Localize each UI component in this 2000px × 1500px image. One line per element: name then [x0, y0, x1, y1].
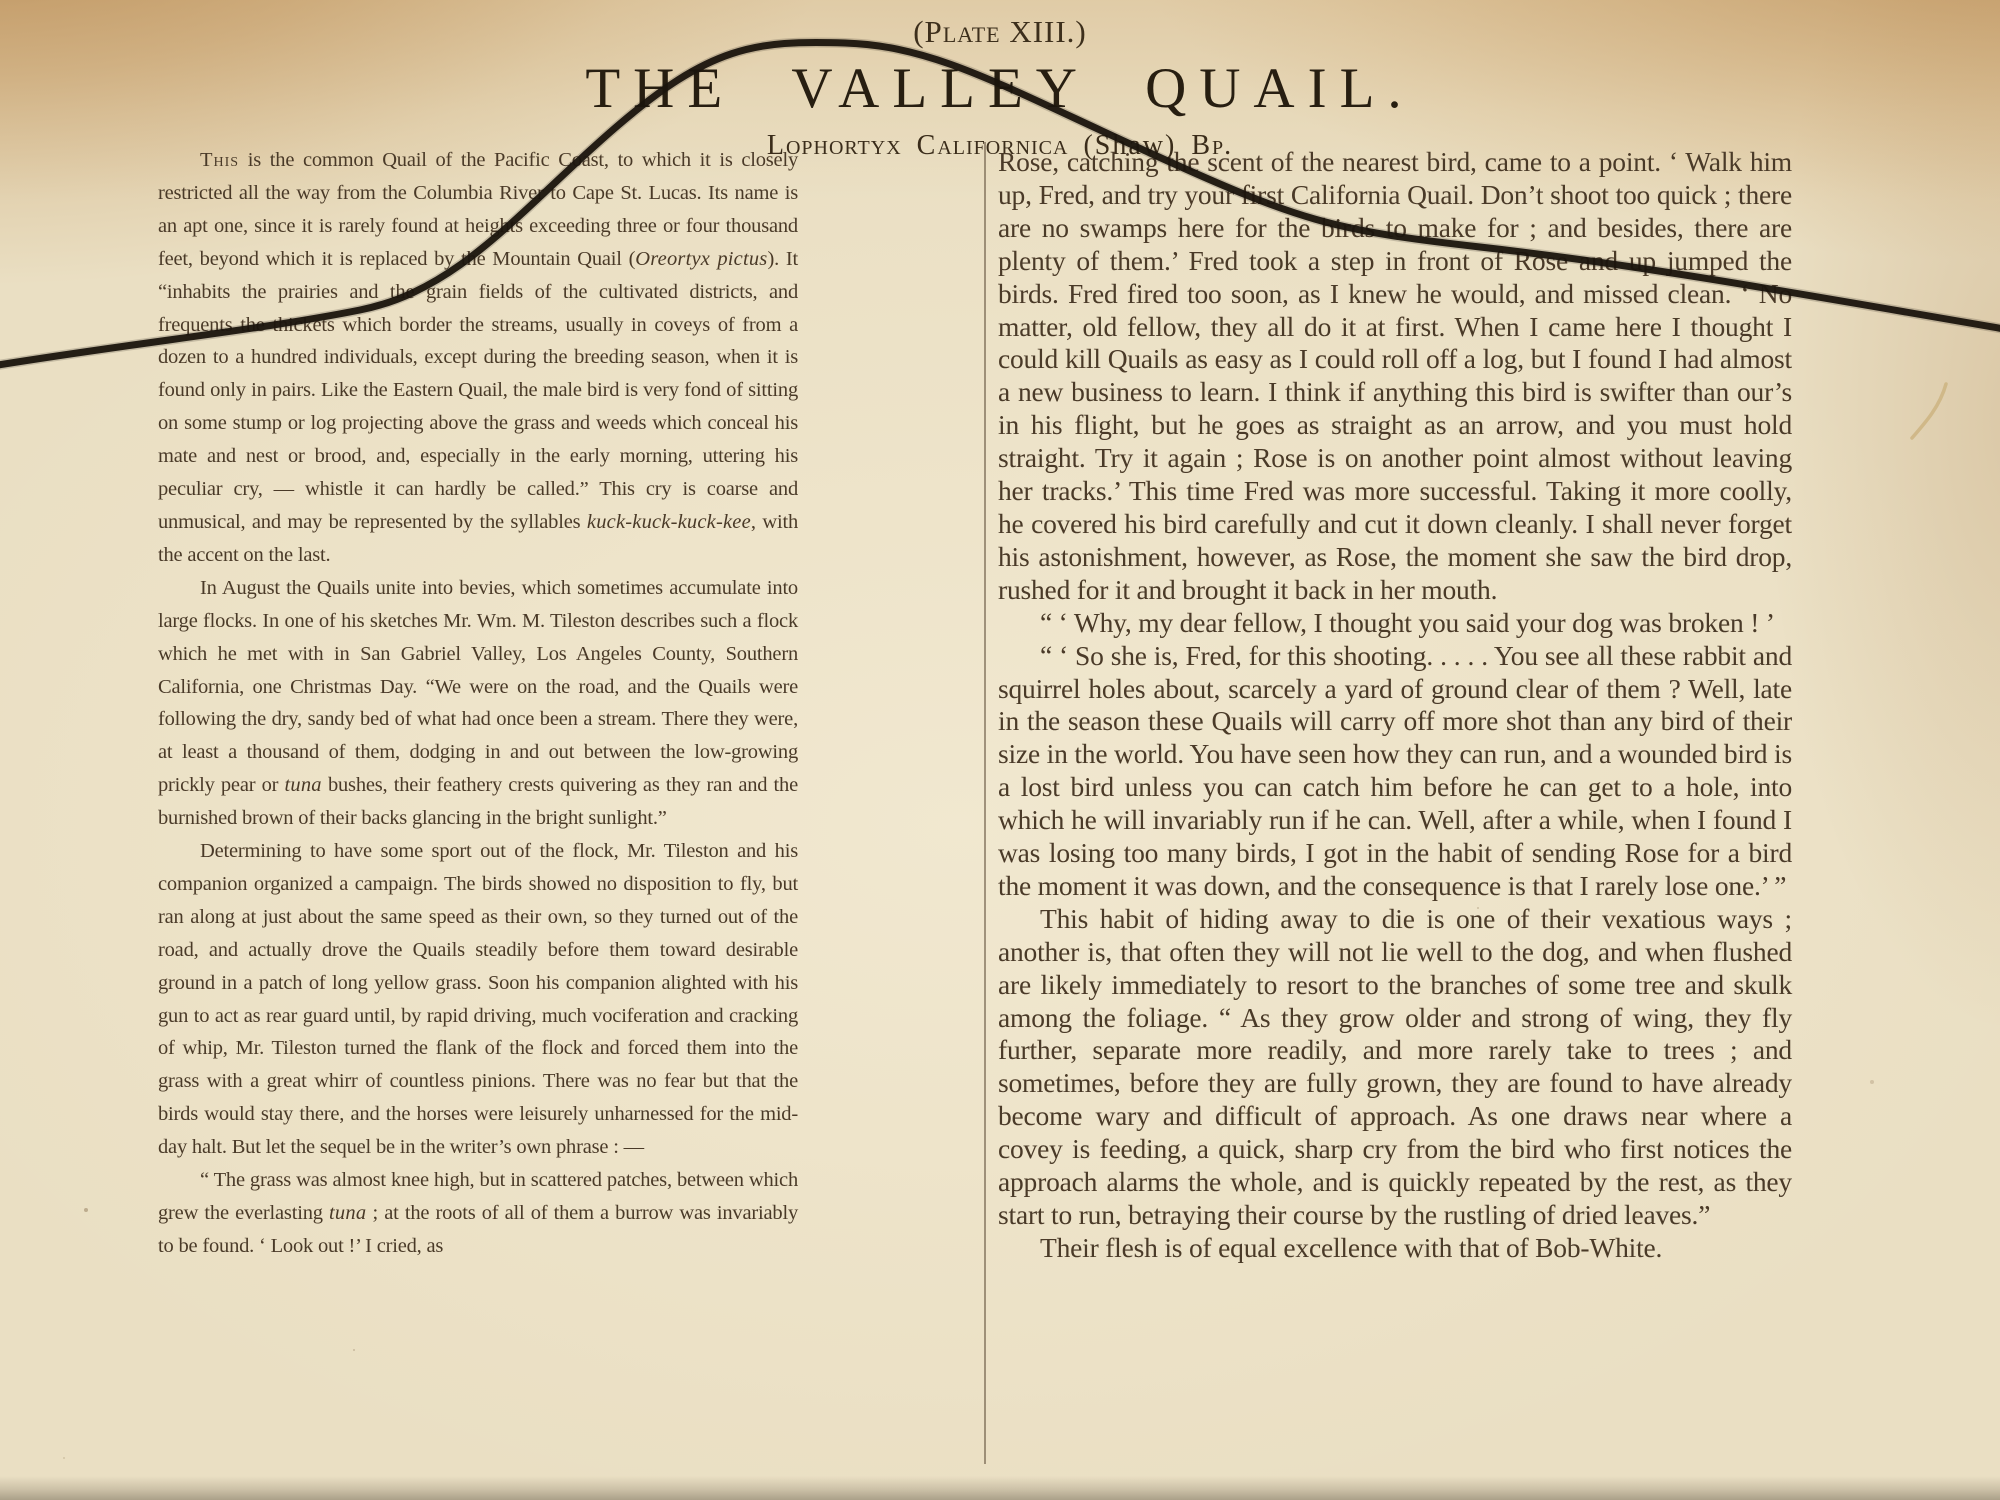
paragraph: “ The grass was almost knee high, but in… — [158, 1164, 798, 1263]
paragraph: Their flesh is of equal excellence with … — [998, 1232, 1792, 1265]
title-block: (Plate XIII.) THE VALLEY QUAIL. Lophorty… — [0, 0, 2000, 162]
scanned-book-page: (Plate XIII.) THE VALLEY QUAIL. Lophorty… — [0, 0, 2000, 1500]
paragraph: This is the common Quail of the Pacific … — [158, 144, 798, 572]
paragraph: “ ‘ So she is, Fred, for this shooting. … — [998, 640, 1792, 903]
paragraph: Determining to have some sport out of th… — [158, 835, 798, 1164]
right-text-column: Rose, catching the scent of the nearest … — [998, 146, 1792, 1265]
column-divider-rule — [984, 142, 986, 1464]
paragraph: This habit of hiding away to die is one … — [998, 903, 1792, 1232]
left-text-column: This is the common Quail of the Pacific … — [158, 144, 798, 1263]
page-bottom-edge-shadow — [0, 1476, 2000, 1500]
paragraph: In August the Quails unite into bevies, … — [158, 572, 798, 835]
plate-caption: (Plate XIII.) — [0, 14, 2000, 50]
paragraph: Rose, catching the scent of the nearest … — [998, 146, 1792, 607]
paragraph: “ ‘ Why, my dear fellow, I thought you s… — [998, 607, 1792, 640]
dust-specks — [84, 1208, 88, 1212]
page-title: THE VALLEY QUAIL. — [0, 56, 2000, 121]
light-fiber — [1912, 384, 1946, 438]
